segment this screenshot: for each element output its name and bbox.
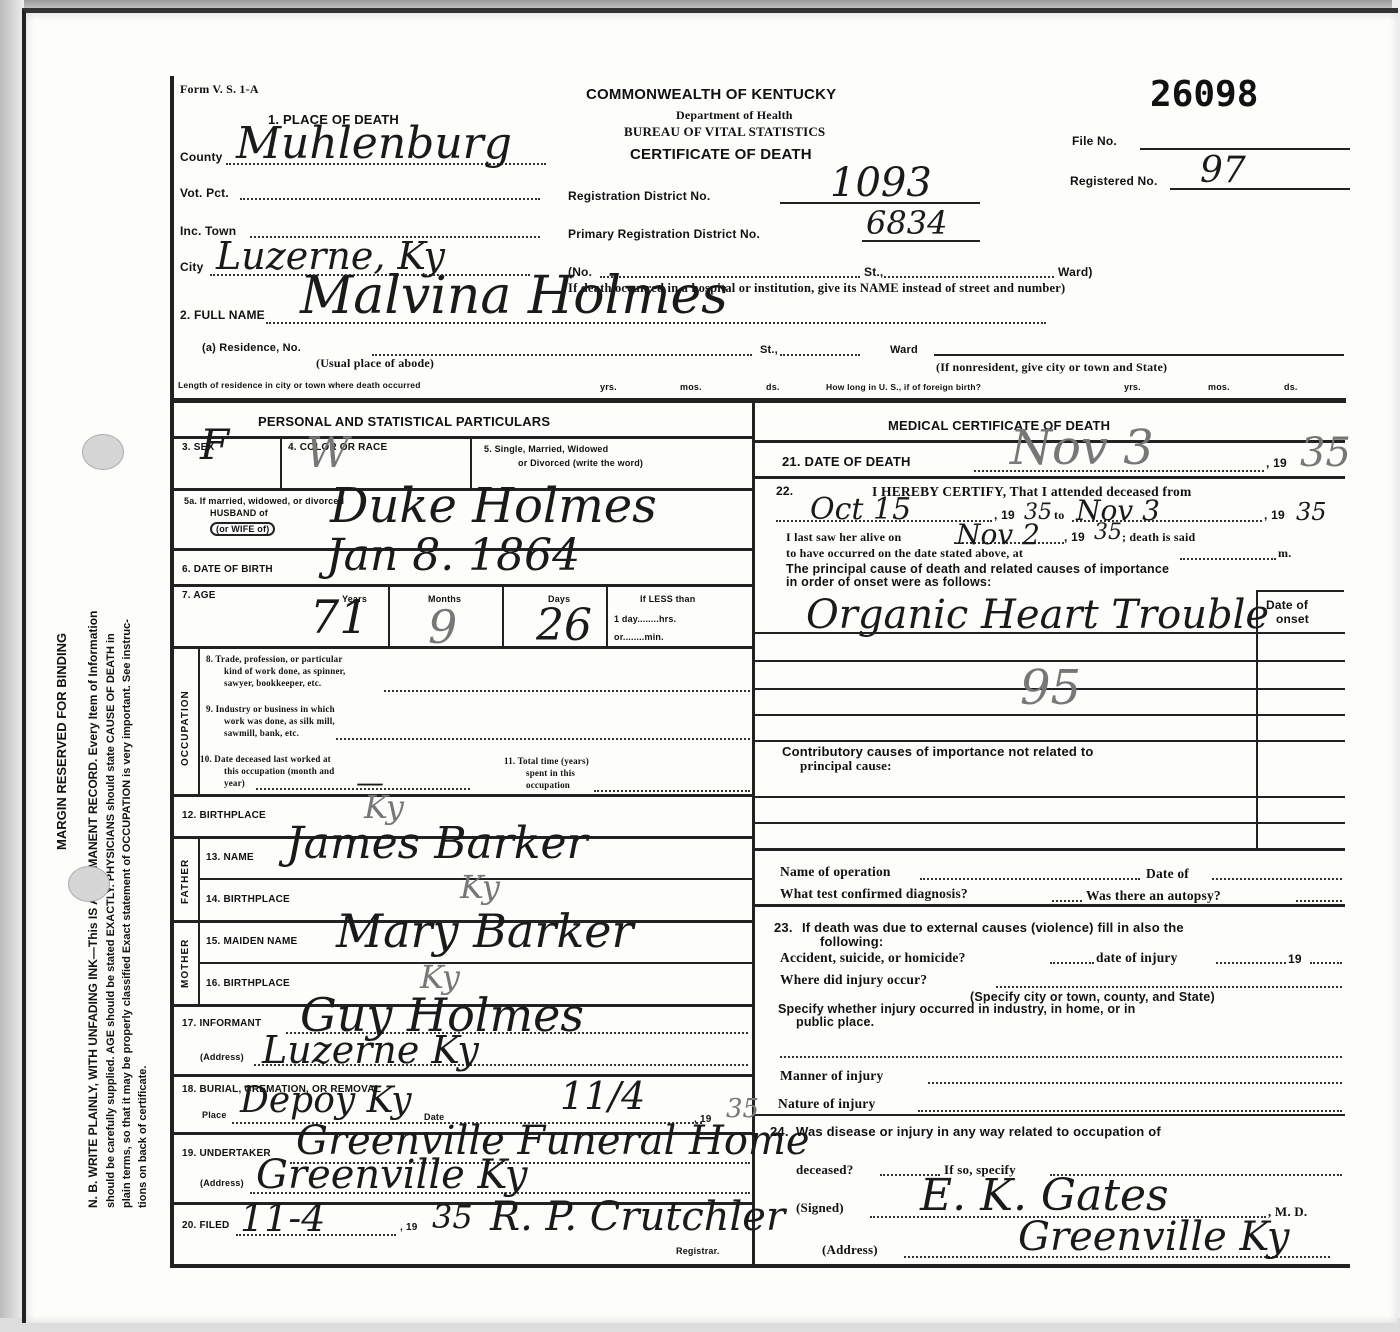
cell-divider — [502, 586, 504, 648]
foreign-yrs-label: yrs. — [1124, 382, 1141, 392]
external-text-1: If death was due to external causes (vio… — [802, 920, 1184, 935]
registrar-label: Registrar. — [676, 1246, 720, 1256]
nonresident-note: (If nonresident, give city or town and S… — [936, 360, 1167, 375]
registrar-signature[interactable]: R. P. Crutchler — [490, 1194, 785, 1240]
manner-injury-label: Manner of injury — [780, 1068, 883, 1084]
punch-hole — [68, 866, 110, 902]
marital-label-1: 5. Single, Married, Widowed — [484, 444, 608, 454]
specify-text-1: Specify whether injury occurred in indus… — [778, 1002, 1135, 1016]
where-injury-line — [996, 986, 1342, 988]
date-of-onset-label-1: Date of — [1266, 598, 1308, 612]
residence-street-label: St., — [760, 344, 778, 356]
trade-line — [384, 690, 750, 692]
cause-row-line — [755, 632, 1345, 634]
trade-label-3: sawyer, bookkeeper, etc. — [224, 678, 321, 688]
foreign-mos-label: mos. — [1208, 382, 1230, 392]
burial-place-value[interactable]: Depoy Ky — [240, 1080, 412, 1121]
residence-sub: (Usual place of abode) — [316, 356, 434, 371]
physician-address-label: (Address) — [822, 1242, 878, 1258]
q24-number: 24. — [770, 1124, 789, 1139]
external-number: 23. — [774, 920, 793, 935]
years-value[interactable]: 71 — [310, 590, 369, 644]
less-than-label-3: or........min. — [614, 632, 664, 642]
primary-reg-district-label: Primary Registration District No. — [568, 227, 760, 241]
burial-date-value[interactable]: 11/4 — [560, 1074, 645, 1118]
ds-label: ds. — [766, 382, 780, 392]
occurred-text: to have occurred on the date stated abov… — [786, 546, 1023, 561]
reg-district-label: Registration District No. — [568, 189, 710, 203]
residence-ward-label: Ward — [890, 344, 918, 356]
filed-year-prefix: , 19 — [400, 1222, 417, 1233]
spouse-label-2: HUSBAND of — [210, 508, 268, 518]
operation-date-line — [1212, 878, 1342, 880]
street-label: St., — [864, 265, 883, 279]
undertaker-address-value[interactable]: Greenville Ky — [256, 1152, 527, 1198]
informant-label: 17. INFORMANT — [182, 1018, 261, 1029]
form-border-bottom — [170, 1264, 1350, 1268]
sex-value[interactable]: F — [200, 420, 229, 469]
principal-text-1: The principal cause of death and related… — [786, 562, 1169, 576]
personal-section-title: PERSONAL AND STATISTICAL PARTICULARS — [258, 414, 550, 429]
dob-value[interactable]: Jan 8. 1864 — [326, 530, 580, 581]
county-label: County — [180, 150, 223, 164]
commonwealth-heading: COMMONWEALTH OF KENTUCKY — [586, 86, 836, 103]
length-residence-label: Length of residence in city or town wher… — [178, 380, 421, 390]
residence-label: (a) Residence, No. — [202, 342, 301, 354]
foreign-ds-label: ds. — [1284, 382, 1298, 392]
file-no-label: File No. — [1072, 134, 1117, 148]
filed-label: 20. FILED — [182, 1220, 229, 1231]
cell-divider — [606, 586, 608, 648]
primary-reg-district-value[interactable]: 6834 — [866, 204, 947, 242]
last-saw-suffix: ; death is said — [1122, 530, 1195, 545]
vot-pct-label: Vot. Pct. — [180, 186, 229, 200]
accident-label: Accident, suicide, or homicide? — [780, 950, 966, 966]
mother-name-label: 15. MAIDEN NAME — [206, 936, 297, 947]
last-saw-year-prefix: , 19 — [1064, 530, 1085, 544]
occupation-side-divider — [198, 648, 200, 794]
age-label: 7. AGE — [182, 590, 216, 601]
stamp-number: 26098 — [1150, 74, 1258, 115]
father-name-label: 13. NAME — [206, 852, 254, 863]
filed-year-value[interactable]: 35 — [432, 1198, 473, 1236]
margin-note-line: plain terms, so that it may be properly … — [120, 619, 135, 1208]
residence-street-line — [780, 354, 860, 356]
dob-label: 6. DATE OF BIRTH — [182, 564, 273, 575]
occurred-time-line — [1180, 558, 1276, 560]
industry-label-3: sawmill, bank, etc. — [224, 728, 299, 738]
father-birthplace-value[interactable]: Ky — [460, 868, 500, 906]
burial-place-label: Place — [202, 1110, 227, 1120]
punch-hole — [82, 434, 124, 470]
street-line — [884, 276, 1054, 278]
margin-reserved-label: MARGIN RESERVED FOR BINDING — [54, 633, 69, 850]
date-of-death-year-value[interactable]: 35 — [1300, 430, 1351, 476]
mother-side-label: MOTHER — [180, 939, 191, 988]
autopsy-line — [1296, 900, 1342, 902]
father-birthplace-label: 14. BIRTHPLACE — [206, 894, 290, 905]
attended-from-value[interactable]: Oct 15 — [810, 492, 911, 527]
injury-year-line — [1310, 962, 1342, 964]
less-than-label-2: 1 day........hrs. — [614, 614, 676, 624]
color-value[interactable]: W — [306, 428, 349, 477]
last-worked-label-1: 10. Date deceased last worked at — [200, 754, 331, 764]
row-line — [755, 1114, 1345, 1116]
row-line — [755, 904, 1345, 907]
informant-address-value[interactable]: Luzerne Ky — [262, 1028, 479, 1072]
attended-to-year-prefix: , 19 — [1264, 508, 1285, 522]
informant-address-label: (Address) — [200, 1052, 244, 1062]
last-saw-year-value[interactable]: 35 — [1094, 520, 1122, 545]
injury-date-label: date of injury — [1096, 950, 1178, 966]
industry-label-2: work was done, as silk mill, — [224, 716, 335, 726]
days-value[interactable]: 26 — [536, 600, 592, 651]
row-line — [174, 646, 752, 649]
industry-line — [336, 738, 750, 740]
last-saw-label: I last saw her alive on — [786, 530, 901, 545]
manner-injury-line — [928, 1082, 1342, 1084]
ward-label: Ward) — [1058, 265, 1093, 279]
cause-row-line — [755, 822, 1345, 824]
attended-to-year-value[interactable]: 35 — [1296, 498, 1327, 526]
mother-name-value[interactable]: Mary Barker — [336, 904, 633, 958]
row-line — [174, 436, 752, 439]
signed-label: (Signed) — [796, 1200, 844, 1216]
injury-date-line — [1216, 962, 1286, 964]
physician-address-value[interactable]: Greenville Ky — [1018, 1214, 1289, 1260]
accident-line — [1050, 962, 1094, 964]
full-name-value[interactable]: Malvina Holmes — [300, 266, 728, 326]
specify-text-2: public place. — [796, 1015, 874, 1029]
last-worked-label-2: this occupation (month and — [224, 766, 334, 776]
cell-divider — [280, 436, 282, 490]
contributory-text-2: principal cause: — [800, 758, 892, 774]
occupation-side-label: OCCUPATION — [180, 690, 191, 766]
trade-label-1: 8. Trade, profession, or particular — [206, 654, 343, 664]
father-name-value[interactable]: James Barker — [286, 818, 588, 869]
cause-row-line — [755, 714, 1345, 716]
bureau-heading: BUREAU OF VITAL STATISTICS — [624, 124, 825, 140]
form-number: Form V. S. 1-A — [180, 82, 259, 97]
margin-note-line: tions on back of certificate. — [136, 1066, 151, 1208]
margin-note-line: N. B. WRITE PLAINLY, WITH UNFADING INK—T… — [86, 611, 101, 1208]
row-line — [174, 584, 752, 587]
row-line — [174, 1074, 752, 1077]
spouse-value[interactable]: Duke Holmes — [330, 478, 657, 534]
attended-to-label: to — [1054, 508, 1064, 523]
total-time-label-2: spent in this — [526, 768, 575, 778]
occurred-suffix: m. — [1278, 546, 1291, 561]
date-of-death-label: 21. DATE OF DEATH — [782, 454, 911, 469]
undertaker-address-label: (Address) — [200, 1178, 244, 1188]
department-heading: Department of Health — [676, 108, 793, 123]
residence-ward-line — [934, 354, 1344, 356]
where-injury-label: Where did injury occur? — [780, 972, 927, 988]
date-of-death-value[interactable]: Nov 3 — [1010, 420, 1154, 476]
nature-injury-line — [918, 1110, 1342, 1112]
total-time-label-3: occupation — [526, 780, 570, 790]
row-line — [198, 962, 752, 964]
city-label: City — [180, 260, 203, 274]
principal-text-2: in order of onset were as follows: — [786, 575, 991, 589]
county-value[interactable]: Muhlenburg — [236, 118, 512, 169]
test-line — [1052, 900, 1082, 902]
cell-divider — [388, 586, 390, 648]
margin-note-line: should be carefully supplied. AGE should… — [104, 633, 119, 1208]
date-of-onset-label-2: onset — [1276, 612, 1309, 626]
registered-no-value[interactable]: 97 — [1200, 150, 1246, 191]
test-label: What test confirmed diagnosis? — [780, 886, 968, 902]
spouse-label-1: 5a. If married, widowed, or divorced — [184, 496, 344, 506]
onset-top-line — [1256, 590, 1344, 592]
row-line — [755, 476, 1345, 479]
registered-no-label: Registered No. — [1070, 174, 1158, 188]
autopsy-label: Was there an autopsy? — [1086, 888, 1221, 904]
cause-row-line — [755, 848, 1345, 851]
form-border-left — [170, 76, 174, 1266]
cause-row-line — [755, 740, 1345, 742]
full-name-label: 2. FULL NAME — [180, 308, 265, 322]
industry-label-1: 9. Industry or business in which — [206, 704, 335, 714]
cause-row-line — [755, 796, 1345, 798]
marital-label-2: or Divorced (write the word) — [518, 458, 643, 468]
vot-pct-line — [240, 198, 540, 200]
operation-label: Name of operation — [780, 864, 891, 880]
certify-number: 22. — [776, 484, 793, 498]
q24-text: Was disease or injury in any way related… — [796, 1124, 1161, 1139]
row-line — [174, 794, 752, 797]
trade-label-2: kind of work done, as spinner, — [224, 666, 345, 676]
mos-label: mos. — [680, 382, 702, 392]
birthplace-label: 12. BIRTHPLACE — [182, 810, 266, 821]
last-worked-label-3: year) — [224, 778, 245, 788]
external-text-2: following: — [820, 934, 883, 949]
foreign-birth-label: How long in U. S., if of foreign birth? — [826, 382, 981, 392]
certificate-title: CERTIFICATE OF DEATH — [630, 146, 812, 163]
header-divider — [174, 398, 1346, 403]
scan-edge — [0, 0, 24, 1332]
operation-line — [920, 878, 1140, 880]
spouse-label-3: (or WIFE of) — [210, 522, 275, 536]
nature-injury-label: Nature of injury — [778, 1096, 875, 1112]
filed-value[interactable]: 11-4 — [240, 1196, 325, 1240]
father-side-label: FATHER — [180, 859, 191, 904]
date-of-death-year-prefix: , 19 — [1266, 456, 1287, 470]
contributory-text-1: Contributory causes of importance not re… — [782, 744, 1094, 759]
cause-code-value[interactable]: 95 — [1020, 660, 1081, 716]
registered-no-line — [1170, 188, 1350, 190]
mother-birthplace-label: 16. BIRTHPLACE — [206, 978, 290, 989]
yrs-label: yrs. — [600, 382, 617, 392]
reg-district-value[interactable]: 1093 — [830, 160, 932, 206]
deceased-label: deceased? — [796, 1162, 853, 1178]
specify-line — [780, 1056, 1342, 1058]
operation-date-label: Date of — [1146, 866, 1189, 882]
total-time-label-1: 11. Total time (years) — [504, 756, 589, 766]
total-time-line — [594, 790, 750, 792]
less-than-label-1: If LESS than — [640, 594, 695, 604]
injury-year-prefix: 19 — [1288, 952, 1302, 966]
